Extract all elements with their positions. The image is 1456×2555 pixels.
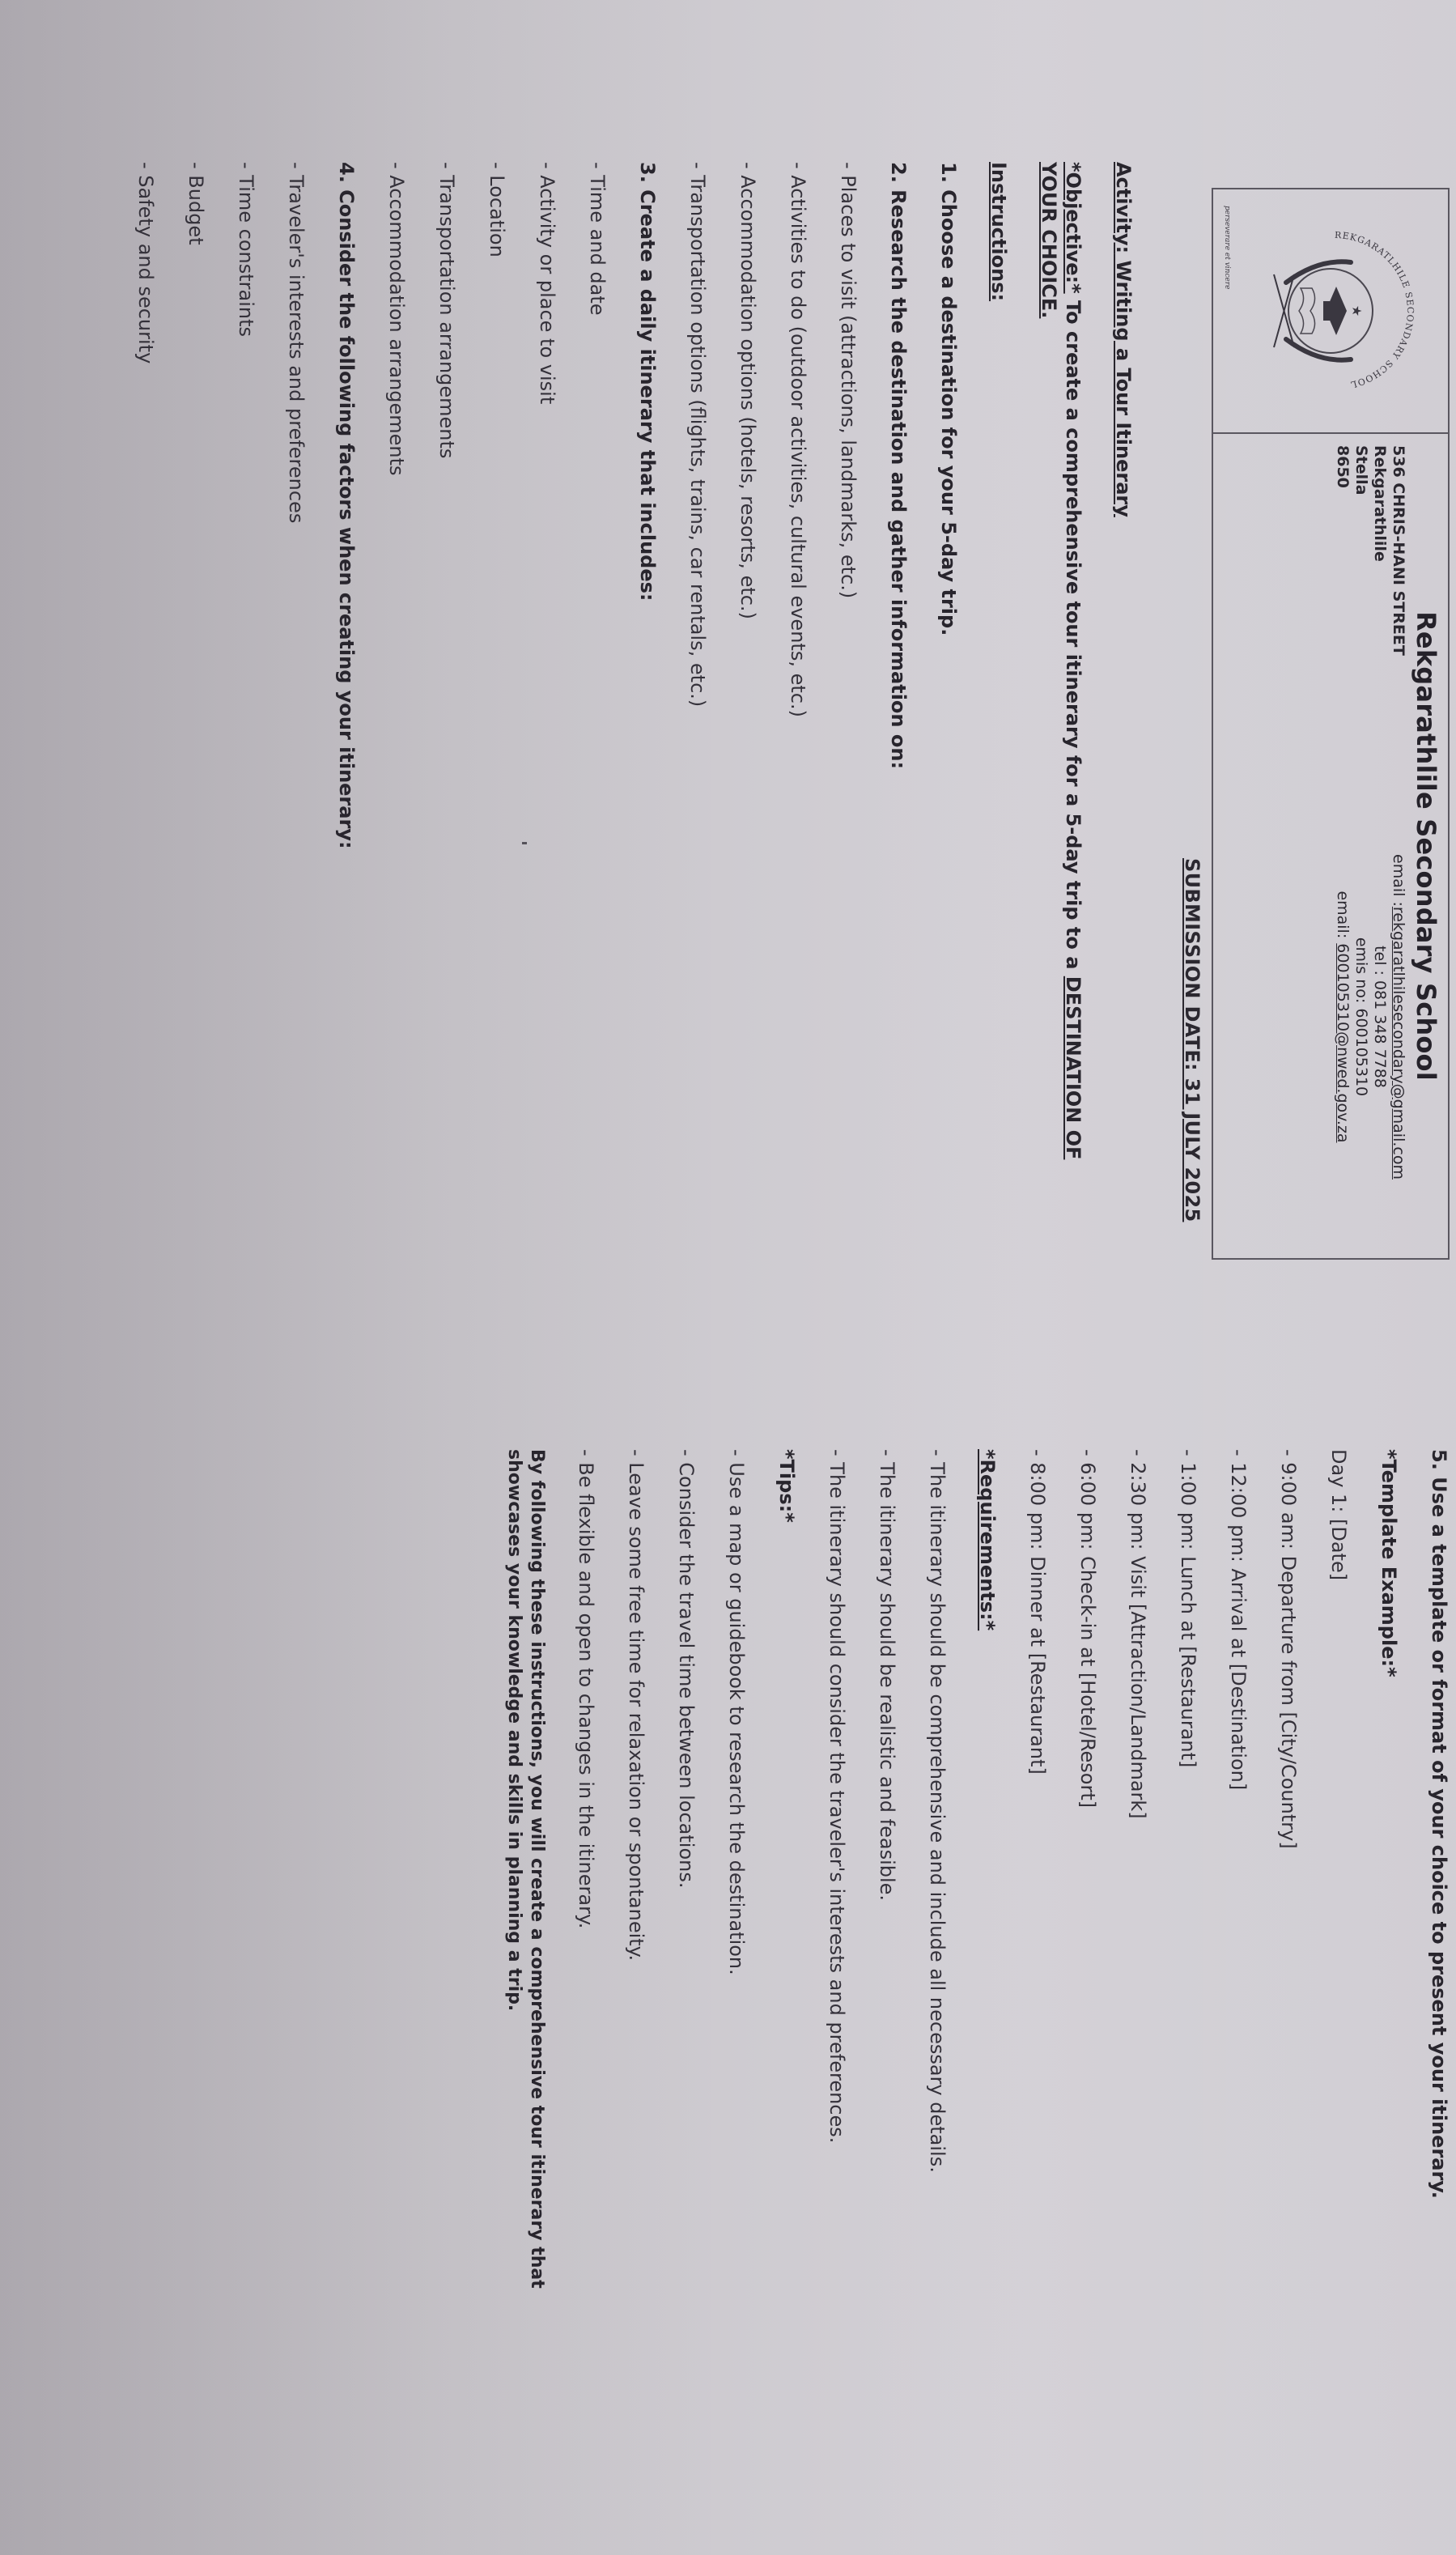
stray-mark — [522, 842, 527, 844]
address-line: Stella — [1352, 445, 1370, 656]
address-line: 8650 — [1333, 445, 1352, 656]
list-item: - Traveler's interests and preferences — [284, 162, 308, 1295]
school-crest-icon: REKGARATLHILE SECONDARY SCHOOL ★ — [1237, 214, 1440, 408]
step-4: 4. Consider the following factors when c… — [334, 162, 359, 1295]
list-item: - 12:00 pm: Arrival at [Destination] — [1226, 1449, 1250, 2502]
emis-number: emis no: 600105310 — [1352, 814, 1370, 1219]
closing-line: showcases your knowledge and skills in p… — [503, 1449, 525, 2502]
tips-heading: *Tips:* — [775, 1449, 799, 2502]
list-item: - Time and date — [585, 162, 609, 1295]
instructions-column: Activity: Writing a Tour Itinerary *Obje… — [108, 162, 1136, 1295]
step-3: 3. Create a daily itinerary that include… — [635, 162, 660, 1295]
list-item: - 1:00 pm: Lunch at [Restaurant] — [1176, 1449, 1200, 2502]
list-item: - The itinerary should be realistic and … — [875, 1449, 899, 2502]
list-item: - Activity or place to visit — [535, 162, 559, 1295]
template-day: Day 1: [Date] — [1327, 1449, 1351, 2502]
submission-date: SUBMISSION DATE: 31 JULY 2025 — [1181, 858, 1203, 1222]
school-name: Rekgarathlile Secondary School — [1411, 445, 1441, 1247]
list-item: - Location — [485, 162, 509, 1295]
address-line: Rekgarathlile — [1370, 445, 1389, 656]
list-item: - 9:00 am: Departure from [City/Country] — [1276, 1449, 1301, 2502]
email2-link[interactable]: 600105310@nwed.gov.za — [1334, 943, 1352, 1142]
list-item: - Activities to do (outdoor activities, … — [786, 162, 810, 1295]
list-item: - Leave some free time for relaxation or… — [624, 1449, 648, 2502]
list-item: - Places to visit (attractions, landmark… — [836, 162, 860, 1295]
list-item: - Accommodation options (hotels, resorts… — [736, 162, 760, 1295]
step-1: 1. Choose a destination for your 5-day t… — [936, 162, 961, 1295]
template-column: 5. Use a template or format of your choi… — [503, 1449, 1451, 2502]
school-address: 536 CHRIS-HANI STREET Rekgarathlile Stel… — [1333, 445, 1407, 656]
list-item: - The itinerary should be comprehensive … — [925, 1449, 949, 2502]
telephone: tel : 081 348 7788 — [1370, 814, 1389, 1219]
list-item: - Be flexible and open to changes in the… — [574, 1449, 598, 2502]
school-info: Rekgarathlile Secondary School 536 CHRIS… — [1213, 434, 1448, 1258]
email-link[interactable]: rekgaratlhilesecondary@gmail.com — [1390, 907, 1407, 1180]
requirements-heading: *Requirements:* — [975, 1449, 1000, 2502]
objective: *Objective:* To create a comprehensive t… — [1061, 162, 1085, 1295]
email2-label: email: — [1334, 891, 1352, 943]
school-contact: email :rekgaratlhilesecondary@gmail.com … — [1333, 814, 1407, 1219]
email-label: email : — [1390, 854, 1407, 907]
step-2: 2. Research the destination and gather i… — [886, 162, 911, 1295]
objective-cont: YOUR CHOICE. — [1037, 162, 1061, 1295]
list-item: - Safety and security — [134, 162, 158, 1295]
list-item: - 6:00 pm: Check-in at [Hotel/Resort] — [1076, 1449, 1100, 2502]
activity-title: Activity: Writing a Tour Itinerary — [1111, 162, 1136, 1295]
school-letterhead: REKGARATLHILE SECONDARY SCHOOL ★ perseve… — [1212, 188, 1450, 1260]
logo-cell: REKGARATLHILE SECONDARY SCHOOL ★ perseve… — [1213, 189, 1448, 434]
step-5: 5. Use a template or format of your choi… — [1427, 1449, 1451, 2502]
svg-text:REKGARATLHILE SECONDARY SCHOOL: REKGARATLHILE SECONDARY SCHOOL — [1335, 230, 1416, 390]
list-item: - Consider the travel time between locat… — [674, 1449, 698, 2502]
list-item: - Transportation arrangements — [435, 162, 459, 1295]
address-line: 536 CHRIS-HANI STREET — [1389, 445, 1407, 656]
closing-paragraph: By following these instructions, you wil… — [503, 1449, 548, 2502]
list-item: - 2:30 pm: Visit [Attraction/Landmark] — [1126, 1449, 1150, 2502]
list-item: - Accommodation arrangements — [384, 162, 409, 1295]
document-page: REKGARATLHILE SECONDARY SCHOOL ★ perseve… — [0, 0, 1456, 2555]
list-item: - 8:00 pm: Dinner at [Restaurant] — [1025, 1449, 1050, 2502]
list-item: - Time constraints — [234, 162, 258, 1295]
school-motto: perseverare et vincere — [1223, 206, 1231, 289]
template-heading: *Template Example:* — [1377, 1449, 1401, 2502]
svg-text:★: ★ — [1349, 305, 1365, 317]
instructions-heading: Instructions: — [987, 162, 1011, 1295]
closing-line: By following these instructions, you wil… — [525, 1449, 548, 2502]
list-item: - The itinerary should consider the trav… — [825, 1449, 849, 2502]
list-item: - Budget — [184, 162, 208, 1295]
list-item: - Transportation options (flights, train… — [686, 162, 710, 1295]
list-item: - Use a map or guidebook to research the… — [724, 1449, 749, 2502]
